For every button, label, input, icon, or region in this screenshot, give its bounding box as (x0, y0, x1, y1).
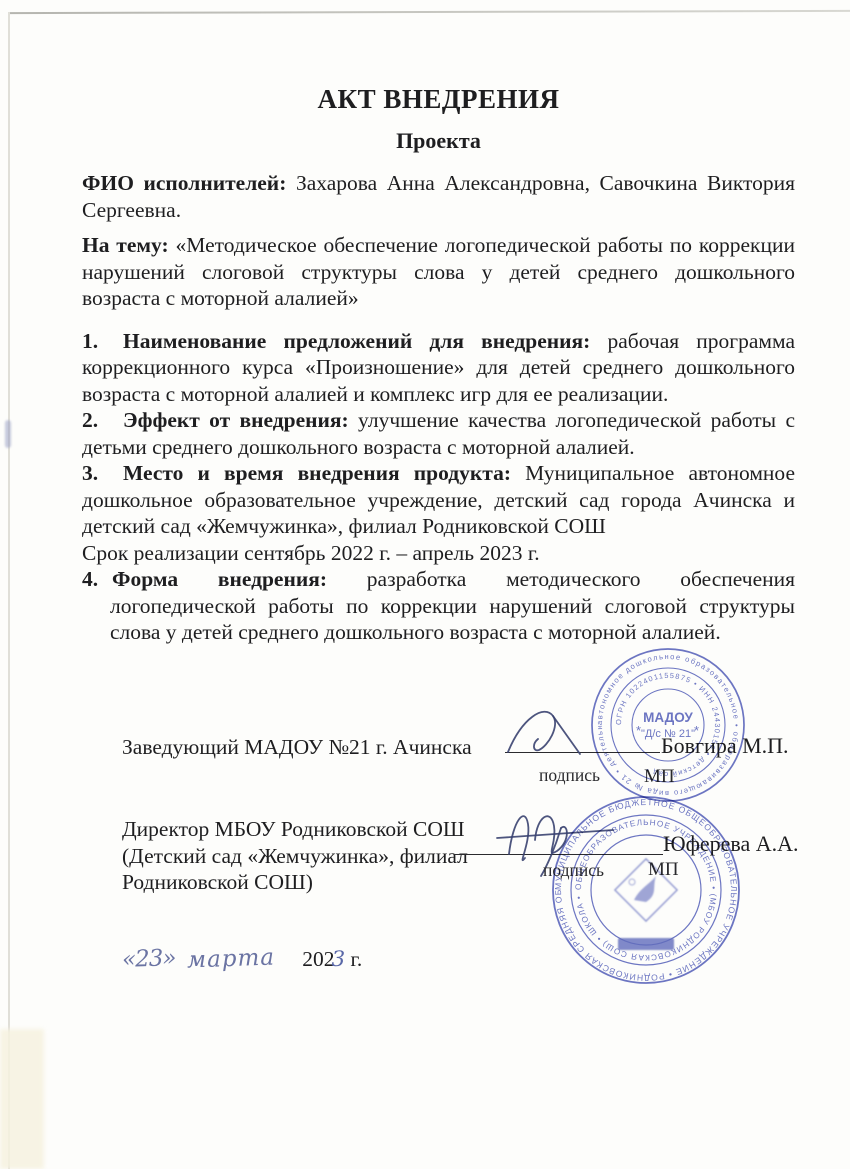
item-number: 2. (82, 407, 123, 434)
stamp-star-icon: * (694, 723, 699, 738)
item-label: Место и время внедрения продукта: (123, 461, 511, 485)
list-item-2: 2.Эффект от внедрения: улучшение качеств… (82, 407, 795, 460)
list-item-1: 1.Наименование предложений для внедрения… (82, 328, 795, 408)
scan-blot-bottom-left (0, 1029, 44, 1169)
list-item-4: 4.Форма внедрения: разработка методическ… (82, 566, 795, 646)
signature-stroke (508, 712, 555, 752)
stamp-center-abbr: МАДОУ (643, 710, 693, 725)
stamp-center-emblem (615, 859, 677, 950)
numbered-list: 1.Наименование предложений для внедрения… (82, 328, 795, 646)
signature-stroke (509, 816, 528, 860)
item-number: 3. (82, 460, 123, 487)
theme-text: «Методическое обеспечение логопедической… (82, 233, 795, 310)
handwritten-month: марта (186, 944, 275, 973)
madou-seal-stamp: автономное дошкольное образовательное • … (588, 645, 748, 805)
year-typed: 202 (302, 947, 334, 971)
implementation-period-line: Срок реализации сентябрь 2022 г. – апрел… (82, 540, 795, 567)
year-suffix: г. (351, 947, 363, 971)
stamp-star-icon: * (636, 723, 641, 738)
item-label: Эффект от внедрения: (123, 408, 349, 432)
item-label: Наименование предложений для внедрения: (123, 329, 590, 353)
signature-stroke (553, 716, 580, 754)
theme-paragraph: На тему: «Методическое обеспечение логоп… (82, 232, 795, 312)
scanned-document-page: АКТ ВНЕДРЕНИЯ Проекта ФИО исполнителей: … (0, 0, 850, 1169)
scan-edge-top (8, 10, 850, 14)
emblem-figure (634, 876, 656, 902)
document-body: АКТ ВНЕДРЕНИЯ Проекта ФИО исполнителей: … (82, 84, 795, 646)
date-line: «23» марта 2023 г. (122, 946, 362, 972)
stamp-inner-ring-text: ОГРН 1022401155875 • ИНН 24430156 • детс… (614, 671, 722, 779)
stamp-center-name: "Д/с № 21" (641, 728, 695, 740)
executors-paragraph: ФИО исполнителей: Захарова Анна Александ… (82, 170, 795, 223)
item-number: 1. (82, 328, 123, 355)
document-subtitle: Проекта (82, 128, 795, 154)
scan-edge-left (8, 12, 10, 1169)
item-label: Форма внедрения: (112, 567, 327, 591)
role-line: Родниковской СОШ) (122, 869, 502, 896)
list-item-3: 3.Место и время внедрения продукта: Муни… (82, 460, 795, 540)
role-line: Директор МБОУ Родниковской СОШ (122, 816, 502, 843)
signatory-role-zaveduyushchiy: Заведующий МАДОУ №21 г. Ачинска (122, 734, 502, 761)
handwritten-day: «23» (122, 945, 176, 973)
role-line: (Детский сад «Жемчужинка», филиал (122, 843, 502, 870)
svg-text:ОГРН 1022401155875 • ИНН 24430: ОГРН 1022401155875 • ИНН 24430156 • детс… (614, 671, 722, 779)
emblem-ink-smudge (618, 938, 674, 950)
rodnikovskaya-seal-stamp: МУНИЦИПАЛЬНОЕ БЮДЖЕТНОЕ ОБЩЕОБРАЗОВАТЕЛЬ… (548, 792, 744, 988)
handwritten-year-digit: 3 (331, 947, 345, 972)
emblem-dot (629, 879, 635, 885)
item-number: 4. (82, 566, 112, 593)
theme-label: На тему: (82, 233, 169, 257)
signatory-role-direktor: Директор МБОУ Родниковской СОШ (Детский … (122, 816, 502, 896)
executors-label: ФИО исполнителей: (82, 171, 286, 195)
stamp-middle-circle (611, 668, 725, 782)
pen-mark-left-margin (5, 420, 11, 448)
document-title: АКТ ВНЕДРЕНИЯ (82, 84, 795, 115)
